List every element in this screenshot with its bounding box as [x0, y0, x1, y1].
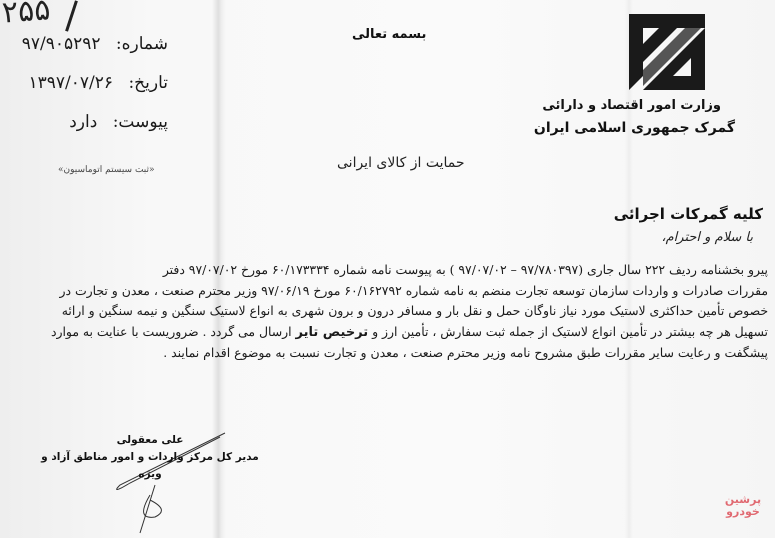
bismillah-heading: بسمه تعالی [352, 27, 426, 42]
letter-date: تاریخ: ۱۳۹۷/۰۷/۲۶ [29, 73, 168, 93]
letter-number-label: شماره: [116, 34, 168, 54]
letter-body: پیرو بخشنامه ردیف ۲۲۲ سال جاری (۹۷/۷۸۰۳۹… [32, 260, 768, 364]
body-line: پیشگفت و رعایت سایر مقررات طبق مشروح نام… [32, 343, 768, 364]
slogan: حمایت از کالای ایرانی [337, 155, 465, 171]
letter-number: شماره: ۹۷/۹۰۵۲۹۲ [22, 34, 168, 54]
greeting: با سلام و احترام، [661, 230, 753, 245]
body-line: مقررات صادرات و واردات سازمان توسعه تجار… [32, 281, 768, 302]
letter-attachment-label: پیوست: [113, 112, 168, 132]
ministry-name: وزارت امور اقتصاد و دارائی [542, 98, 721, 113]
registration-note: «ثبت سیستم اتوماسیون» [58, 165, 155, 175]
customs-name: گمرک جمهوری اسلامی ایران [534, 120, 735, 136]
letter-date-value: ۱۳۹۷/۰۷/۲۶ [29, 73, 114, 93]
body-line: تسهیل هر چه بیشتر در تأمین انواع لاستیک … [32, 322, 768, 344]
watermark-logo: پرشین خودرو [718, 494, 768, 518]
body-line: خصوص تأمین حداکثری لاستیک مورد نیاز ناوگ… [32, 301, 768, 322]
letter-attachment-value: دارد [69, 112, 97, 132]
watermark-line2: خودرو [718, 506, 768, 518]
handwritten-slash [65, 0, 78, 31]
handwritten-number: ۲۵۵ [1, 0, 52, 31]
body-line-part: ارسال می گردد . ضروریست با عنایت به موار… [51, 324, 292, 339]
signatory-title: مدیر کل مرکز واردات و امور مناطق آزاد و … [40, 449, 260, 483]
body-line-part: تسهیل هر چه بیشتر در تأمین انواع لاستیک … [372, 324, 768, 339]
signature-block: علی معقولی مدیر کل مرکز واردات و امور من… [40, 432, 260, 483]
letter-page: ۲۵۵ شماره: ۹۷/۹۰۵۲۹۲ تاریخ: ۱۳۹۷/۰۷/۲۶ پ… [0, 0, 775, 538]
addressee: کلیه گمرکات اجرائی [614, 205, 763, 223]
customs-logo-icon [629, 14, 705, 90]
body-bold-phrase: ترخیص تایر [296, 325, 369, 340]
body-line: پیرو بخشنامه ردیف ۲۲۲ سال جاری (۹۷/۷۸۰۳۹… [32, 260, 768, 281]
letter-number-value: ۹۷/۹۰۵۲۹۲ [22, 34, 101, 54]
signatory-name: علی معقولی [40, 432, 260, 449]
letter-date-label: تاریخ: [128, 73, 168, 93]
letter-attachment: پیوست: دارد [69, 112, 168, 132]
